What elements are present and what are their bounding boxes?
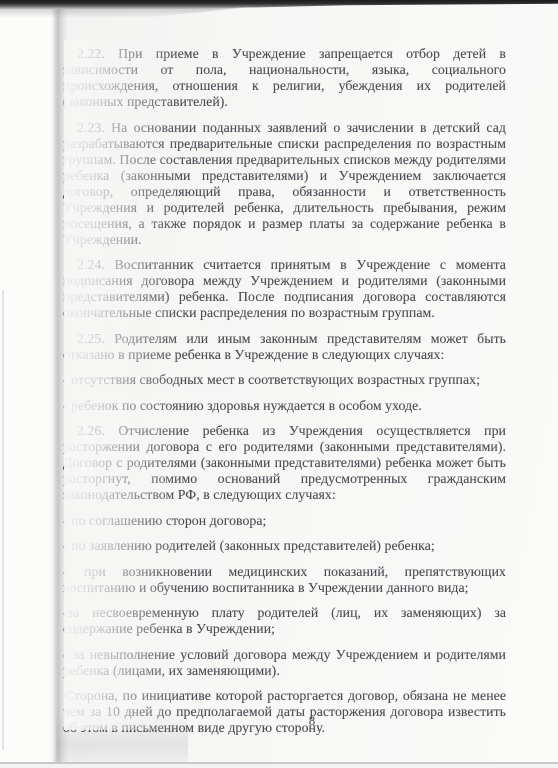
list-item-late-payment: -за несвоевременную плату родителей (лиц… xyxy=(63,605,506,637)
scanner-left-margin xyxy=(0,9,55,768)
paragraph-2-23: 2.23. На основании поданных заявлений о … xyxy=(63,120,506,248)
list-item-health: - ребенок по состоянию здоровья нуждаетс… xyxy=(63,398,506,414)
scan-left-edge-line xyxy=(2,290,4,750)
paragraph-2-24: 2.24. Воспитанник считается принятым в У… xyxy=(63,257,506,321)
list-item-breach: - за невыполнение условий договора между… xyxy=(63,647,506,679)
scanner-bottom-margin xyxy=(0,764,558,768)
scanned-page: 2.22. При приеме в Учреждение запрещаетс… xyxy=(0,0,558,768)
list-item-no-vacancies: - отсутствия свободных мест в соответств… xyxy=(63,372,506,388)
paragraph-2-25: 2.25. Родителям или иным законным предст… xyxy=(63,331,506,363)
document-body: 2.22. При приеме в Учреждение запрещаетс… xyxy=(63,46,506,746)
paragraph-2-22: 2.22. При приеме в Учреждение запрещаетс… xyxy=(63,46,506,110)
scan-top-edge xyxy=(0,0,558,9)
scan-top-edge-shadow xyxy=(0,8,240,18)
list-item-agreement: - по соглашению сторон договора; xyxy=(63,513,506,529)
paragraph-2-26: 2.26. Отчисление ребенка из Учреждения о… xyxy=(63,423,506,503)
list-item-application: - по заявлению родителей (законных предс… xyxy=(63,538,506,554)
list-item-medical: - при возникновении медицинских показани… xyxy=(63,564,506,596)
page-number: 8 xyxy=(63,713,558,729)
